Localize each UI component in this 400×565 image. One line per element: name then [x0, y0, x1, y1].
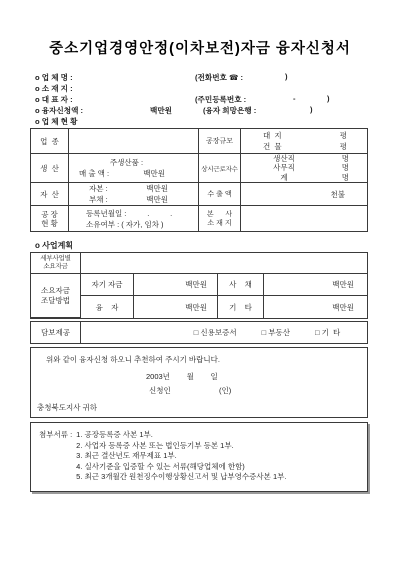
company-status-table: 업 종 공장규모 대 지 평 건 물 평 생 산 주생산품 : 매 출 액 [30, 128, 368, 232]
funding-method-label-cell: 소요자금 조달방법 [31, 274, 81, 318]
industry-label-cell: 업 종 [31, 129, 69, 154]
rrn-close-paren: ) [327, 94, 330, 103]
capital-label: 자본 : [89, 183, 108, 194]
export-value-cell: 천불 [241, 183, 367, 206]
private-bond-value-cell: 백만원 [264, 274, 367, 296]
loan-amount-row: o 융자신청액 : 백만원 (융자 희망은행 : ) [35, 105, 370, 116]
debt-label: 부채 : [89, 194, 108, 205]
etc-unit: 백만원 [332, 302, 354, 313]
assets-value-cell: 자본 : 백만원 부채 : 백만원 [69, 183, 199, 206]
loan-label: 융 자 [96, 302, 119, 313]
industry-value-cell [69, 129, 199, 154]
hq-address-value-cell [241, 206, 367, 231]
self-funds-label-cell: 자기 자금 [81, 274, 134, 296]
form-header-fields: o 업 체 명 : (전화번호 ☎ : ) o 소 재 지 : o 대 표 자 … [35, 72, 370, 127]
land-label: 대 지 [263, 130, 282, 141]
checkbox-credit-guarantee: □ 신용보증서 [194, 327, 237, 338]
building-unit: 평 [340, 141, 347, 152]
signature-box: 위와 같이 융자신청 하오니 추천하여 주시기 바랍니다. 2003년 월 일 … [30, 347, 368, 418]
attachments-label: 첨부서류 : [39, 430, 72, 483]
total-workers-unit: 명 [342, 173, 349, 183]
business-plan-section-label: o 사업계획 [35, 240, 73, 251]
export-label: 수 출 액 [207, 189, 231, 199]
loan-amount-unit: 백만원 [150, 105, 172, 116]
hq-address-label: 소 재 지 [207, 219, 231, 228]
company-name-row: o 업 체 명 : (전화번호 ☎ : ) [35, 72, 370, 83]
workers-label-cell: 상시근로자수 [199, 154, 241, 183]
recipient-label: 충청북도지사 귀하 [37, 402, 97, 413]
sales-unit: 백만원 [143, 168, 165, 179]
attachments-list: 1. 공장등록증 사본 1부. 2. 사업자 등록증 사본 또는 법인등기부 등… [76, 430, 361, 483]
ceo-label: o 대 표 자 : [35, 94, 73, 105]
loan-amount-label: o 융자신청액 : [35, 105, 83, 116]
production-label-cell: 생 산 [31, 154, 69, 183]
collateral-label-cell: 담보제공 [31, 322, 81, 343]
attachment-item-3: 3. 최근 결산년도 재무제표 1부. [76, 451, 361, 462]
attachment-item-1: 1. 공장등록증 사본 1부. [76, 430, 361, 441]
industry-label: 업 종 [40, 136, 59, 147]
office-workers-unit: 명 [342, 163, 349, 173]
ceo-row: o 대 표 자 : (주민등록번호 : - ) [35, 94, 370, 105]
registration-date-label: 등록년월일 : . . [86, 208, 198, 219]
checkbox-real-estate: □ 부동산 [262, 327, 290, 338]
attachment-item-4: 4. 실사기준을 입증할 수 있는 서류(해당업체에 한함) [76, 462, 361, 473]
workers-label: 상시근로자수 [201, 164, 237, 173]
seal-mark: (인) [219, 385, 231, 396]
total-workers-label: 계 [267, 173, 301, 183]
private-bond-label: 사 채 [229, 279, 252, 290]
attachment-item-5: 5. 최근 3개월간 원천징수이행상황신고서 및 납부영수증사본 1부. [76, 472, 361, 483]
company-name-label: o 업 체 명 : [35, 72, 73, 83]
collateral-label: 담보제공 [41, 327, 70, 338]
rrn-label: (주민등록번호 : [195, 94, 246, 105]
bank-label: (융자 희망은행 : [203, 105, 256, 116]
loan-application-form: 중소기업경영안정(이차보전)자금 융자신청서 o 업 체 명 : (전화번호 ☎… [0, 0, 400, 565]
funding-label: 소요자금 [41, 286, 70, 296]
collateral-options-cell: □ 신용보증서 □ 부동산 □ 기 타 [81, 322, 367, 343]
status-label: 현 황 [41, 219, 58, 228]
workers-value-cell: 생산직 명 사무직 명 계 명 [241, 154, 367, 183]
loan-value-cell: 백만원 [134, 296, 218, 318]
required-funds-label: 소요자금 [43, 263, 67, 272]
export-unit: 천불 [331, 189, 346, 200]
applicant-label: 신청인 [149, 385, 171, 396]
self-funds-value-cell: 백만원 [134, 274, 218, 296]
head-office-label: 본 사 [207, 210, 232, 219]
etc-label-cell: 기 타 [218, 296, 264, 318]
detail-funds-value-cell [81, 253, 367, 274]
factory-size-label: 공장규모 [206, 136, 233, 146]
private-bond-unit: 백만원 [332, 279, 354, 290]
land-unit: 평 [340, 130, 347, 141]
factory-label: 공 장 [41, 210, 58, 219]
assets-label-cell: 자 산 [31, 183, 69, 206]
collateral-table: 담보제공 □ 신용보증서 □ 부동산 □ 기 타 [30, 321, 368, 344]
phone-close-paren: ) [285, 72, 288, 81]
production-workers-label: 생산직 [267, 154, 301, 164]
private-bond-label-cell: 사 채 [218, 274, 264, 296]
company-status-label: o 업 체 현 황 [35, 116, 77, 127]
self-funds-label: 자기 자금 [91, 279, 122, 290]
production-value-cell: 주생산품 : 매 출 액 : 백만원 [69, 154, 199, 183]
export-label-cell: 수 출 액 [199, 183, 241, 206]
detail-business-label: 세부사업별 [40, 255, 70, 264]
building-label: 건 물 [263, 141, 282, 152]
factory-status-value-cell: 등록년월일 : . . 소유여부 : ( 자가, 임차 ) [69, 206, 199, 231]
production-workers-unit: 명 [342, 154, 349, 164]
date-line: 2003년 월 일 [146, 371, 218, 382]
detail-funds-label-cell: 세부사업별 소요자금 [31, 253, 81, 274]
bank-close-paren: ) [310, 105, 313, 114]
factory-size-value-cell: 대 지 평 건 물 평 [241, 129, 367, 154]
rrn-dash: - [293, 94, 296, 103]
attachment-item-2: 2. 사업자 등록증 사본 또는 법인등기부 등본 1부. [76, 441, 361, 452]
self-funds-unit: 백만원 [185, 279, 207, 290]
etc-value-cell: 백만원 [264, 296, 367, 318]
assets-label: 자 산 [40, 189, 59, 200]
factory-status-label-cell: 공 장 현 황 [31, 206, 69, 231]
phone-label: (전화번호 ☎ : [195, 72, 243, 83]
loan-unit: 백만원 [185, 302, 207, 313]
method-label: 조달방법 [41, 296, 70, 306]
business-plan-table: 세부사업별 소요자금 소요자금 조달방법 자기 자금 백만원 사 채 백만원 융… [30, 252, 368, 319]
main-product-label: 주생산품 : [110, 157, 143, 168]
etc-label: 기 타 [229, 302, 252, 313]
debt-unit: 백만원 [146, 194, 168, 205]
sales-label: 매 출 액 : [79, 168, 109, 179]
attachments-box: 첨부서류 : 1. 공장등록증 사본 1부. 2. 사업자 등록증 사본 또는 … [30, 422, 368, 492]
factory-size-label-cell: 공장규모 [199, 129, 241, 154]
address-row: o 소 재 지 : [35, 83, 370, 94]
company-status-row: o 업 체 현 황 [35, 116, 370, 127]
ownership-label: 소유여부 : ( 자가, 임차 ) [86, 219, 198, 230]
address-label: o 소 재 지 : [35, 83, 73, 94]
loan-label-cell: 융 자 [81, 296, 134, 318]
capital-unit: 백만원 [146, 183, 168, 194]
form-title: 중소기업경영안정(이차보전)자금 융자신청서 [0, 37, 400, 58]
checkbox-etc: □ 기 타 [315, 327, 340, 338]
production-label: 생 산 [40, 163, 59, 174]
request-statement: 위와 같이 융자신청 하오니 추천하여 주시기 바랍니다. [46, 354, 220, 365]
office-workers-label: 사무직 [267, 163, 301, 173]
hq-label-cell: 본 사 소 재 지 [199, 206, 241, 231]
